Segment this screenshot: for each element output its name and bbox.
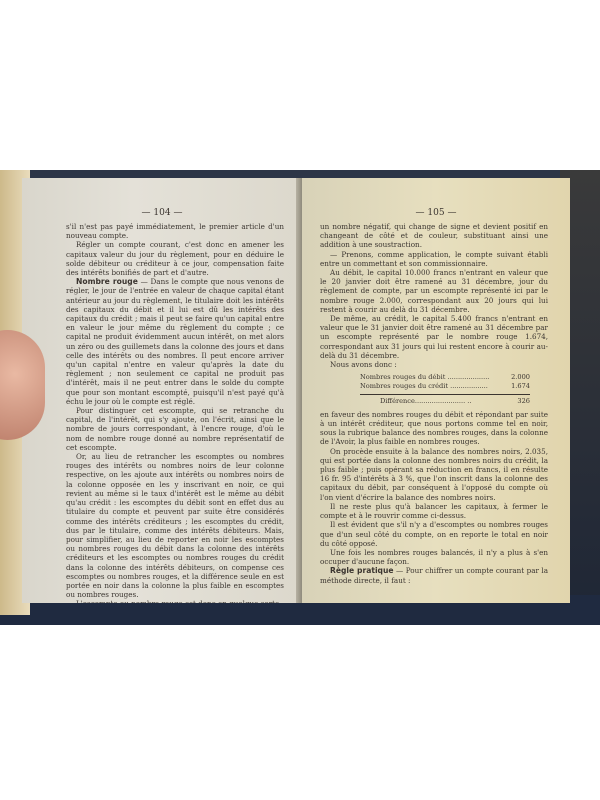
paragraph: Règle pratique — Pour chiffrer un compte… [320,566,548,584]
paragraph: Or, au lieu de retrancher les escomptes … [66,452,284,599]
paragraph: On procède ensuite à la balance des nomb… [320,447,548,502]
page-text: un nombre négatif, qui change de signe e… [302,222,570,585]
paragraph: Il est évident que s'il n'y a d'escompte… [320,520,548,548]
paragraph: Au débit, le capital 10.000 francs n'ent… [320,268,548,314]
paragraph: Pour distinguer cet escompte, qui se ret… [66,406,284,452]
paragraph: s'il n'est pas payé immédiatement, le pr… [66,222,284,240]
paragraph: De même, au crédit, le capital 5.400 fra… [320,314,548,360]
paragraph: Régler un compte courant, c'est donc en … [66,240,284,277]
paragraph: L'escompte ou nombre rouge est donc en q… [66,599,284,603]
right-page: — 105 — un nombre négatif, qui change de… [302,178,570,603]
paragraph: Nombre rouge — Dans le compte que nous v… [66,277,284,406]
page-text: s'il n'est pas payé immédiatement, le pr… [22,222,302,603]
summary-total: Différence........................ ..326 [360,394,530,406]
page-number: — 104 — [22,208,302,218]
paragraph: Une fois les nombres rouges balancés, il… [320,548,548,566]
section-heading: Règle pratique [330,566,394,575]
section-heading: Nombre rouge [76,277,138,286]
paragraph: Il ne reste plus qu'à balancer les capit… [320,502,548,520]
page-number: — 105 — [302,208,570,218]
summary-row: Nombres rouges du débit ................… [360,373,530,382]
paragraph: un nombre négatif, qui change de signe e… [320,222,548,250]
paragraph: Nous avons donc : [320,360,548,369]
paragraph: en faveur des nombres rouges du débit et… [320,410,548,447]
left-page: — 104 — s'il n'est pas payé immédiatemen… [22,178,302,603]
paragraph: — Prenons, comme application, le compte … [320,250,548,268]
thumb [0,330,45,440]
book-photo: — 104 — s'il n'est pas payé immédiatemen… [0,170,600,625]
summary-row: Nombres rouges du crédit ...............… [360,382,530,391]
summary-table: Nombres rouges du débit ................… [360,373,530,406]
